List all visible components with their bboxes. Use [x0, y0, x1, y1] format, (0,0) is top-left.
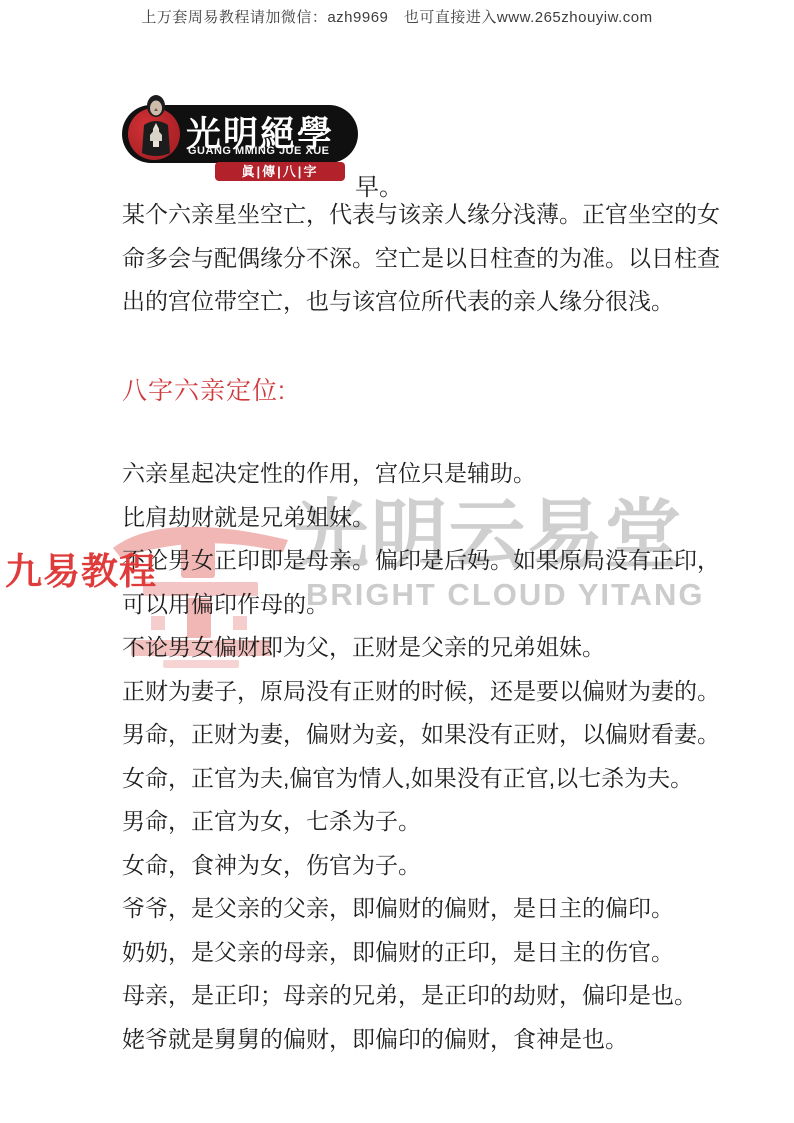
content-line: 正财为妻子，原局没有正财的时候，还是要以偏财为妻的。 — [122, 670, 722, 714]
guangming-juexue-logo: 光明絕學 GUANG MMING JUE XUE 眞|傳|八|字 — [122, 97, 362, 185]
content-line: 六亲星起决定性的作用，宫位只是辅助。 — [122, 452, 722, 496]
praying-man-icon — [136, 95, 176, 163]
content-line: 不论男女偏财即为父，正财是父亲的兄弟姐妹。 — [122, 626, 722, 670]
section-heading: 八字六亲定位: — [122, 371, 286, 407]
intro-paragraph: 某个六亲星坐空亡，代表与该亲人缘分浅薄。正官坐空的女命多会与配偶缘分不深。空亡是… — [122, 193, 712, 324]
content-line: 男命，正财为妻，偏财为妾，如果没有正财，以偏财看妻。 — [122, 713, 722, 757]
content-line: 比肩劫财就是兄弟姐妹。 — [122, 496, 722, 540]
intro-line: 出的宫位带空亡，也与该宫位所代表的亲人缘分很浅。 — [122, 280, 712, 324]
side-banner-text: 九易教程 — [5, 541, 157, 595]
top-notice-text: 上万套周易教程请加微信：azh9969 也可直接进入www.265zhouyiw… — [0, 6, 794, 27]
document-page: 上万套周易教程请加微信：azh9969 也可直接进入www.265zhouyiw… — [0, 0, 794, 1123]
content-line: 爷爷，是父亲的父亲，即偏财的偏财，是日主的偏印。 — [122, 887, 722, 931]
content-line: 母亲，是正印；母亲的兄弟，是正印的劫财，偏印是也。 — [122, 974, 722, 1018]
content-line: 女命，正官为夫,偏官为情人,如果没有正官,以七杀为夫。 — [122, 757, 722, 801]
content-lines: 六亲星起决定性的作用，宫位只是辅助。比肩劫财就是兄弟姐妹。不论男女正印即是母亲。… — [122, 452, 722, 1061]
content-line: 男命，正官为女，七杀为子。 — [122, 800, 722, 844]
content-line: 不论男女正印即是母亲。偏印是后妈。如果原局没有正印， — [122, 539, 722, 583]
content-line: 女命，食神为女，伤官为子。 — [122, 844, 722, 888]
logo-subtitle: GUANG MMING JUE XUE — [188, 145, 356, 157]
content-line: 可以用偏印作母的。 — [122, 583, 722, 627]
logo-tab-label: 眞|傳|八|字 — [215, 162, 345, 181]
content-line: 姥爷就是舅舅的偏财，即偏印的偏财，食神是也。 — [122, 1018, 722, 1062]
content-line: 奶奶，是父亲的母亲，即偏财的正印，是日主的伤官。 — [122, 931, 722, 975]
intro-line: 某个六亲星坐空亡，代表与该亲人缘分浅薄。正官坐空的女 — [122, 193, 712, 237]
intro-line: 命多会与配偶缘分不深。空亡是以日柱查的为准。以日柱查 — [122, 237, 712, 281]
